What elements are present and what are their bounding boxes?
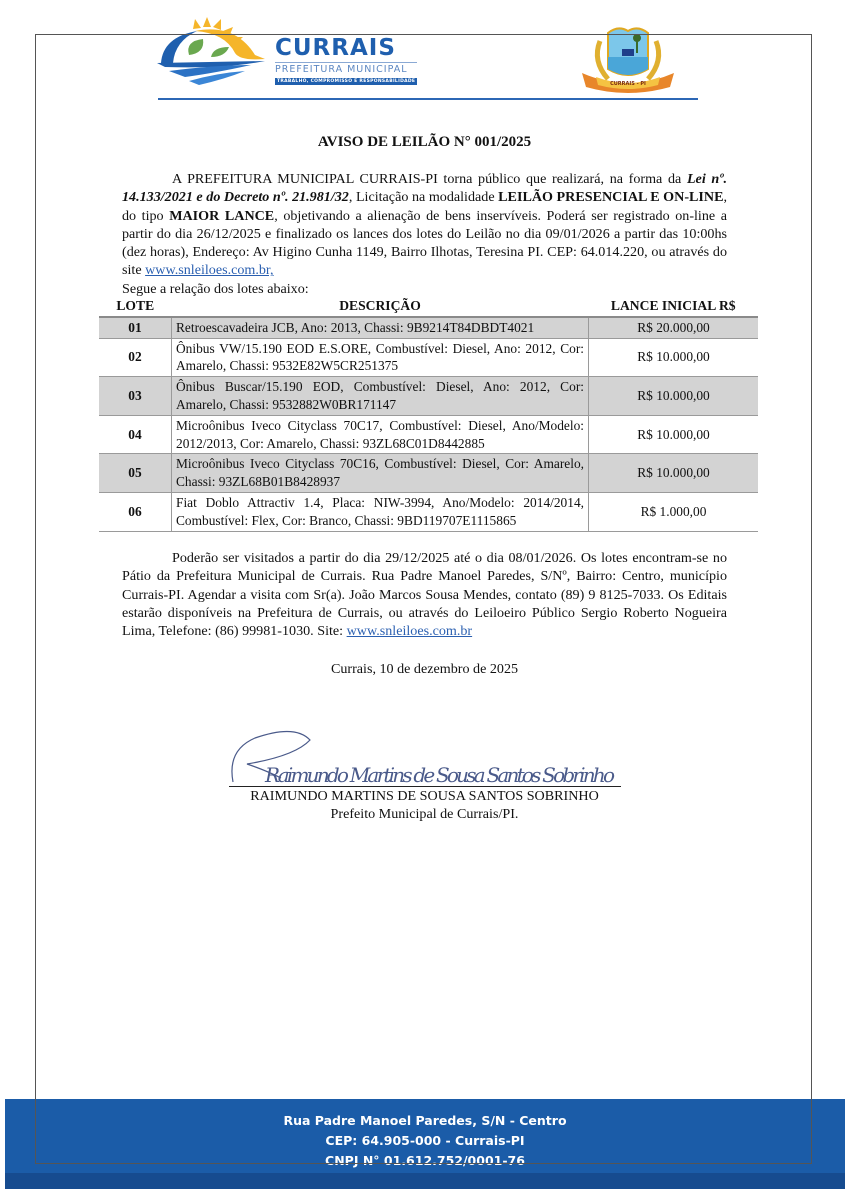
footer-cnpj: CNPJ N° 01.612.752/0001-76 xyxy=(5,1151,845,1171)
lot-number: 04 xyxy=(99,415,172,454)
lot-initial-bid: R$ 10.000,00 xyxy=(589,338,759,377)
lot-number: 02 xyxy=(99,338,172,377)
signatory-role: Prefeito Municipal de Currais/PI. xyxy=(0,806,849,823)
lot-number: 01 xyxy=(99,317,172,338)
intro-paragraph: A PREFEITURA MUNICIPAL CURRAIS-PI torna … xyxy=(122,170,727,298)
footer-bottom-strip xyxy=(5,1173,845,1189)
table-row: 06Fiat Doblo Attractiv 1.4, Placa: NIW-3… xyxy=(99,492,758,531)
auction-site-link[interactable]: www.snleiloes.com.br, xyxy=(145,262,273,278)
brand-block: CURRAIS PREFEITURA MUNICIPAL TRABALHO, C… xyxy=(275,35,417,85)
lot-description: Retroescavadeira JCB, Ano: 2013, Chassi:… xyxy=(172,317,589,338)
table-row: 01Retroescavadeira JCB, Ano: 2013, Chass… xyxy=(99,317,758,338)
letterhead: CURRAIS PREFEITURA MUNICIPAL TRABALHO, C… xyxy=(155,15,700,105)
lot-initial-bid: R$ 10.000,00 xyxy=(589,377,759,416)
column-header-lote: LOTE xyxy=(99,297,172,317)
lots-table: LOTE DESCRIÇÃO LANCE INICIAL R$ 01Retroe… xyxy=(99,297,758,532)
lot-description: Fiat Doblo Attractiv 1.4, Placa: NIW-399… xyxy=(172,492,589,531)
column-header-descricao: DESCRIÇÃO xyxy=(172,297,589,317)
currais-sun-leaf-logo-icon xyxy=(155,15,275,85)
lot-description: Microônibus Iveco Cityclass 70C17, Combu… xyxy=(172,415,589,454)
auction-modality: LEILÃO PRESENCIAL E ON-LINE xyxy=(498,189,723,205)
footer-street: Rua Padre Manoel Paredes, S/N - Centro xyxy=(5,1111,845,1131)
date-line: Currais, 10 de dezembro de 2025 xyxy=(0,661,849,678)
leiloeiro-site-link[interactable]: www.snleiloes.com.br xyxy=(347,623,473,639)
table-row: 04Microônibus Iveco Cityclass 70C17, Com… xyxy=(99,415,758,454)
brand-subtitle: PREFEITURA MUNICIPAL xyxy=(275,62,417,76)
lot-number: 06 xyxy=(99,492,172,531)
lot-initial-bid: R$ 20.000,00 xyxy=(589,317,759,338)
lot-initial-bid: R$ 10.000,00 xyxy=(589,454,759,493)
header-divider xyxy=(158,98,698,100)
auction-type: MAIOR LANCE xyxy=(169,208,274,224)
table-row: 05Microônibus Iveco Cityclass 70C16, Com… xyxy=(99,454,758,493)
lot-description: Ônibus Buscar/15.190 EOD, Combustível: D… xyxy=(172,377,589,416)
document-title: AVISO DE LEILÃO N° 001/2025 xyxy=(0,134,849,151)
handwritten-signature-icon: Raimundo Martins de Sousa Santos Sobrinh… xyxy=(225,720,625,790)
svg-text:Raimundo Martins de Sousa Sant: Raimundo Martins de Sousa Santos Sobrinh… xyxy=(264,763,615,787)
column-header-lance: LANCE INICIAL R$ xyxy=(589,297,759,317)
lot-number: 03 xyxy=(99,377,172,416)
lot-number: 05 xyxy=(99,454,172,493)
lot-description: Ônibus VW/15.190 EOD E.S.ORE, Combustíve… xyxy=(172,338,589,377)
brand-tagline: TRABALHO, COMPROMISSO E RESPONSABILIDADE xyxy=(275,78,417,85)
footer-cep: CEP: 64.905-000 - Currais-PI xyxy=(5,1131,845,1151)
signatory-name: RAIMUNDO MARTINS DE SOUSA SANTOS SOBRINH… xyxy=(0,788,849,805)
footer-address: Rua Padre Manoel Paredes, S/N - Centro C… xyxy=(5,1111,845,1171)
lot-initial-bid: R$ 10.000,00 xyxy=(589,415,759,454)
municipal-crest-icon: CURRAIS - PI xyxy=(578,21,678,101)
lot-description: Microônibus Iveco Cityclass 70C16, Combu… xyxy=(172,454,589,493)
table-row: 02Ônibus VW/15.190 EOD E.S.ORE, Combustí… xyxy=(99,338,758,377)
visits-paragraph: Poderão ser visitados a partir do dia 29… xyxy=(122,549,727,640)
svg-text:CURRAIS - PI: CURRAIS - PI xyxy=(610,81,646,87)
lot-initial-bid: R$ 1.000,00 xyxy=(589,492,759,531)
table-row: 03Ônibus Buscar/15.190 EOD, Combustível:… xyxy=(99,377,758,416)
signature-line xyxy=(229,786,621,787)
brand-name: CURRAIS xyxy=(275,35,417,61)
footer-band: Rua Padre Manoel Paredes, S/N - Centro C… xyxy=(5,1099,845,1189)
